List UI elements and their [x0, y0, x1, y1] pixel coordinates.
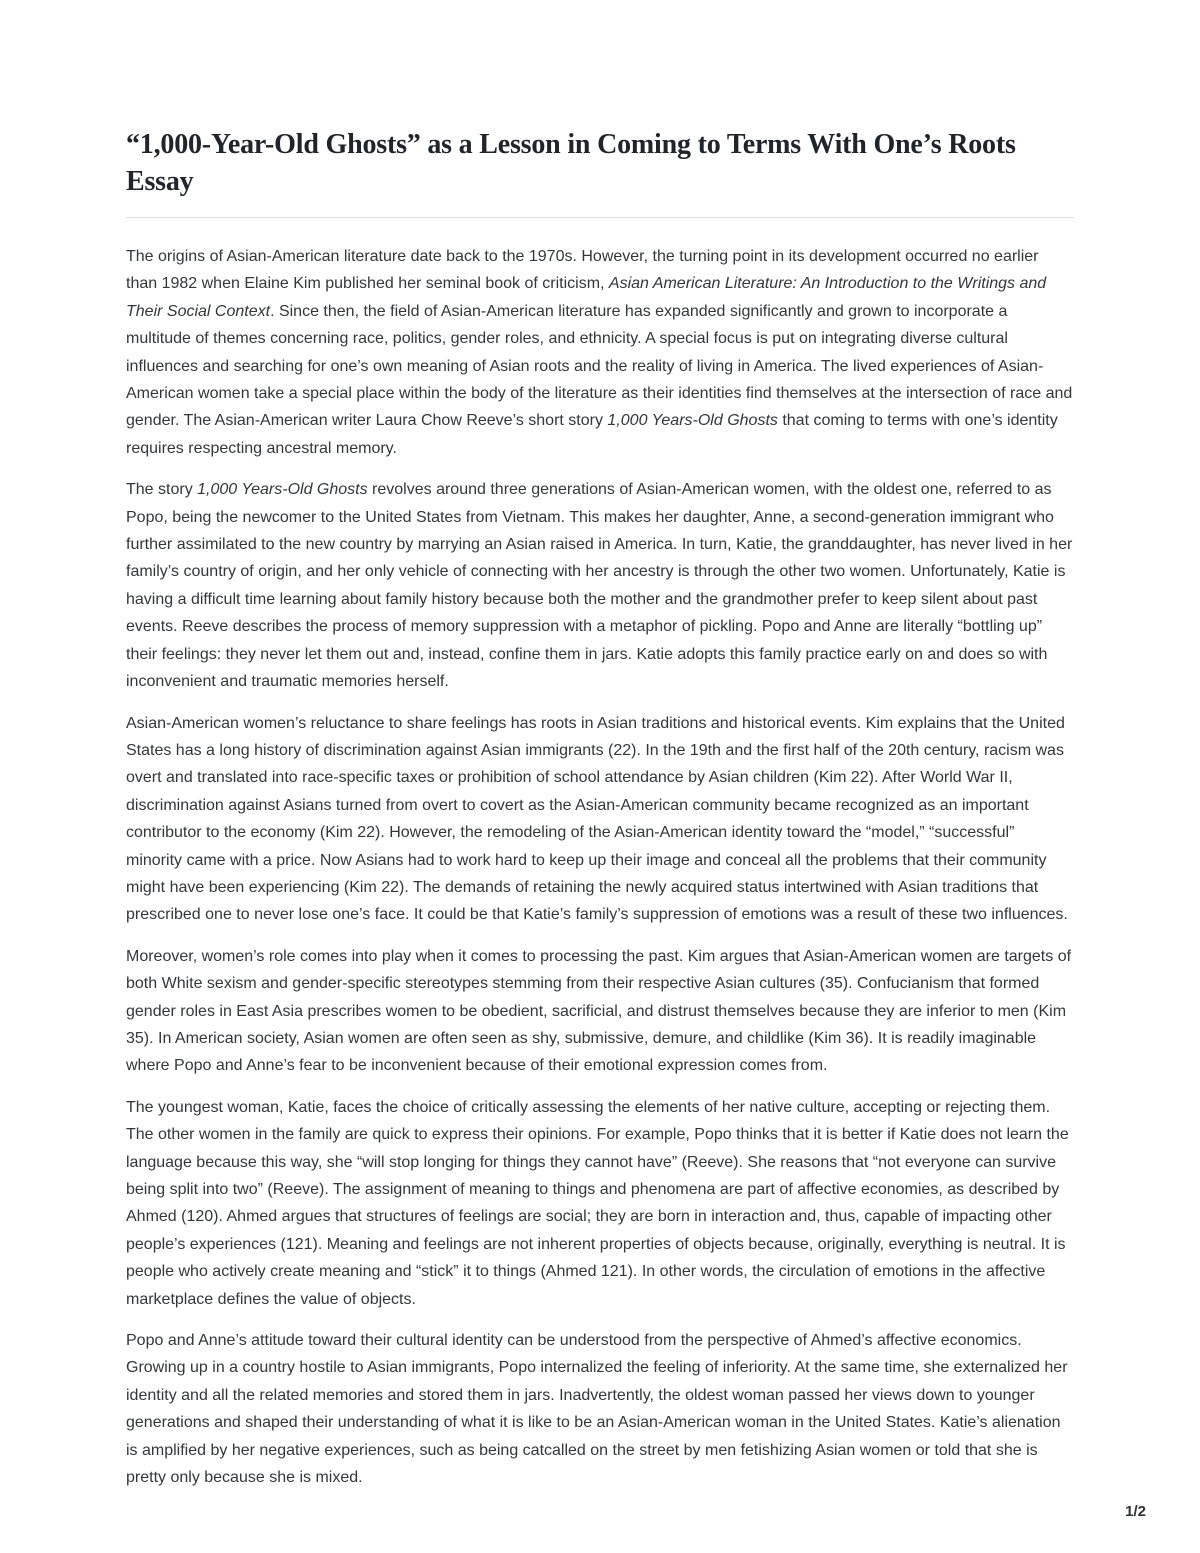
text-run: . Since then, the field of Asian-America…: [126, 303, 1072, 430]
text-run: Asian-American women’s reluctance to sha…: [126, 715, 1068, 924]
essay-paragraph-3: Asian-American women’s reluctance to sha…: [126, 710, 1074, 929]
text-run: revolves around three generations of Asi…: [126, 481, 1072, 690]
page-number: 1/2: [1125, 1503, 1146, 1520]
italic-text-run: 1,000 Years-Old Ghosts: [197, 481, 367, 498]
essay-paragraph-2: The story 1,000 Years-Old Ghosts revolve…: [126, 476, 1074, 695]
essay-title: “1,000-Year-Old Ghosts” as a Lesson in C…: [126, 0, 1074, 200]
essay-paragraph-4: Moreover, women’s role comes into play w…: [126, 943, 1074, 1080]
text-run: Popo and Anne’s attitude toward their cu…: [126, 1332, 1068, 1486]
italic-text-run: 1,000 Years-Old Ghosts: [607, 412, 777, 429]
essay-paragraph-6: Popo and Anne’s attitude toward their cu…: [126, 1327, 1074, 1491]
text-run: Moreover, women’s role comes into play w…: [126, 948, 1071, 1075]
essay-content: “1,000-Year-Old Ghosts” as a Lesson in C…: [126, 0, 1074, 1505]
text-run: The youngest woman, Katie, faces the cho…: [126, 1099, 1069, 1308]
essay-body: The origins of Asian-American literature…: [126, 218, 1074, 1491]
essay-paragraph-5: The youngest woman, Katie, faces the cho…: [126, 1094, 1074, 1313]
essay-paragraph-1: The origins of Asian-American literature…: [126, 243, 1074, 462]
document-page: “1,000-Year-Old Ghosts” as a Lesson in C…: [0, 0, 1200, 1553]
text-run: The story: [126, 481, 197, 498]
